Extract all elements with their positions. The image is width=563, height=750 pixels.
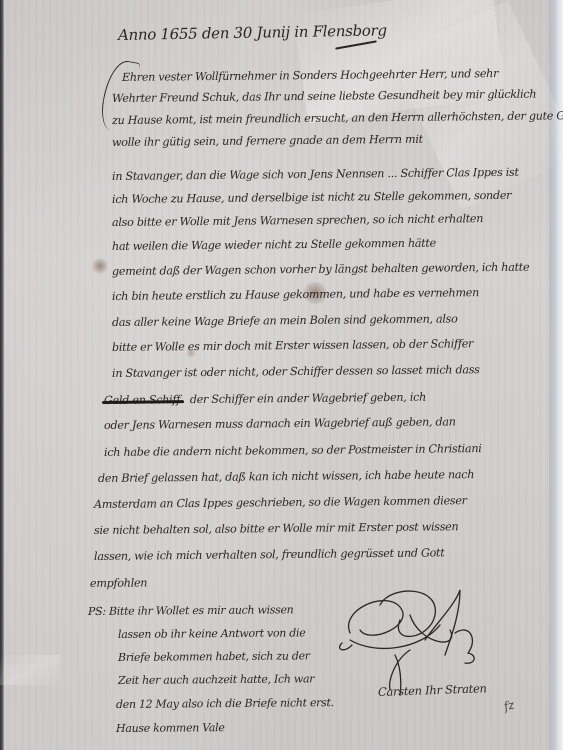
body-line: in Stavanger ist oder nicht, oder Schiff… bbox=[112, 363, 480, 380]
body-line: Wehrter Freund Schuk, das Ihr und seine … bbox=[112, 88, 536, 105]
body-line: lassen, wie ich mich verhalten sol, freu… bbox=[94, 546, 445, 563]
heading-flourish bbox=[335, 40, 377, 49]
body-line: den Brief gelassen hat, daß kan ich nich… bbox=[98, 468, 474, 485]
body-line: zu Hause komt, ist mein freundlich ersuc… bbox=[112, 108, 563, 127]
body-line: ich bin heute erstlich zu Hause gekommen… bbox=[112, 286, 479, 303]
body-line: sie nicht behalten sol, also bitte er Wo… bbox=[94, 520, 458, 537]
light-glare bbox=[0, 655, 60, 685]
body-line: oder Jens Warnesen muss darnach ein Wage… bbox=[104, 415, 456, 432]
body-line: wolle ihr gütig sein, und fernere gnade … bbox=[112, 133, 423, 149]
photo-left-edge bbox=[0, 0, 5, 750]
postscript-line: den 12 May also ich die Briefe nicht ers… bbox=[116, 696, 334, 711]
body-line: empfohlen bbox=[90, 576, 147, 590]
postscript-line: Briefe bekommen habet, sich zu der bbox=[118, 649, 310, 664]
body-line: Ehren vester Wollfürnehmer in Sonders Ho… bbox=[122, 67, 498, 84]
postscript-line: Zeit her auch auchzeit hatte, Ich war bbox=[118, 672, 314, 687]
body-line: ich habe die andern nicht bekommen, so d… bbox=[104, 442, 482, 459]
body-line: gemeint daß der Wagen schon vorher by lä… bbox=[112, 261, 529, 278]
body-line: Amsterdam an Clas Ippes geschrieben, so … bbox=[94, 494, 467, 511]
body-line: bitte er Wolle es mir doch mit Erster wi… bbox=[112, 337, 473, 354]
body-line-with-strikethrough: Geld en Schiff der Schiffer ein ander Wa… bbox=[104, 391, 426, 407]
letter-heading: Anno 1655 den 30 Junij in Flensborg bbox=[118, 21, 387, 44]
ink-stain bbox=[92, 258, 108, 274]
light-glare bbox=[293, 0, 506, 123]
struck-through-text: Geld en Schiff bbox=[104, 393, 180, 407]
body-line: das aller keine Wage Briefe an mein Bole… bbox=[112, 312, 458, 329]
body-line: also bitte er Wolle mit Jens Warnesen sp… bbox=[112, 212, 483, 229]
body-line: ich Woche zu Hause, und derselbige ist n… bbox=[112, 189, 511, 206]
postscript-line: lassen ob ihr keine Antwort von die bbox=[118, 626, 306, 641]
postscript-line: Hause kommen Vale bbox=[116, 721, 225, 735]
body-line-remainder: der Schiffer ein ander Wagebrief geben, … bbox=[183, 391, 426, 407]
body-line: hat weilen die Wage wieder nicht zu Stel… bbox=[112, 237, 436, 253]
body-line: in Stavanger, dan die Wage sich von Jens… bbox=[112, 166, 519, 183]
signature-mark: fz bbox=[502, 698, 515, 714]
postscript-line: PS: Bitte ihr Wollet es mir auch wissen bbox=[88, 603, 294, 618]
document-photo: Anno 1655 den 30 Junij in Flensborg Ehre… bbox=[0, 0, 563, 750]
